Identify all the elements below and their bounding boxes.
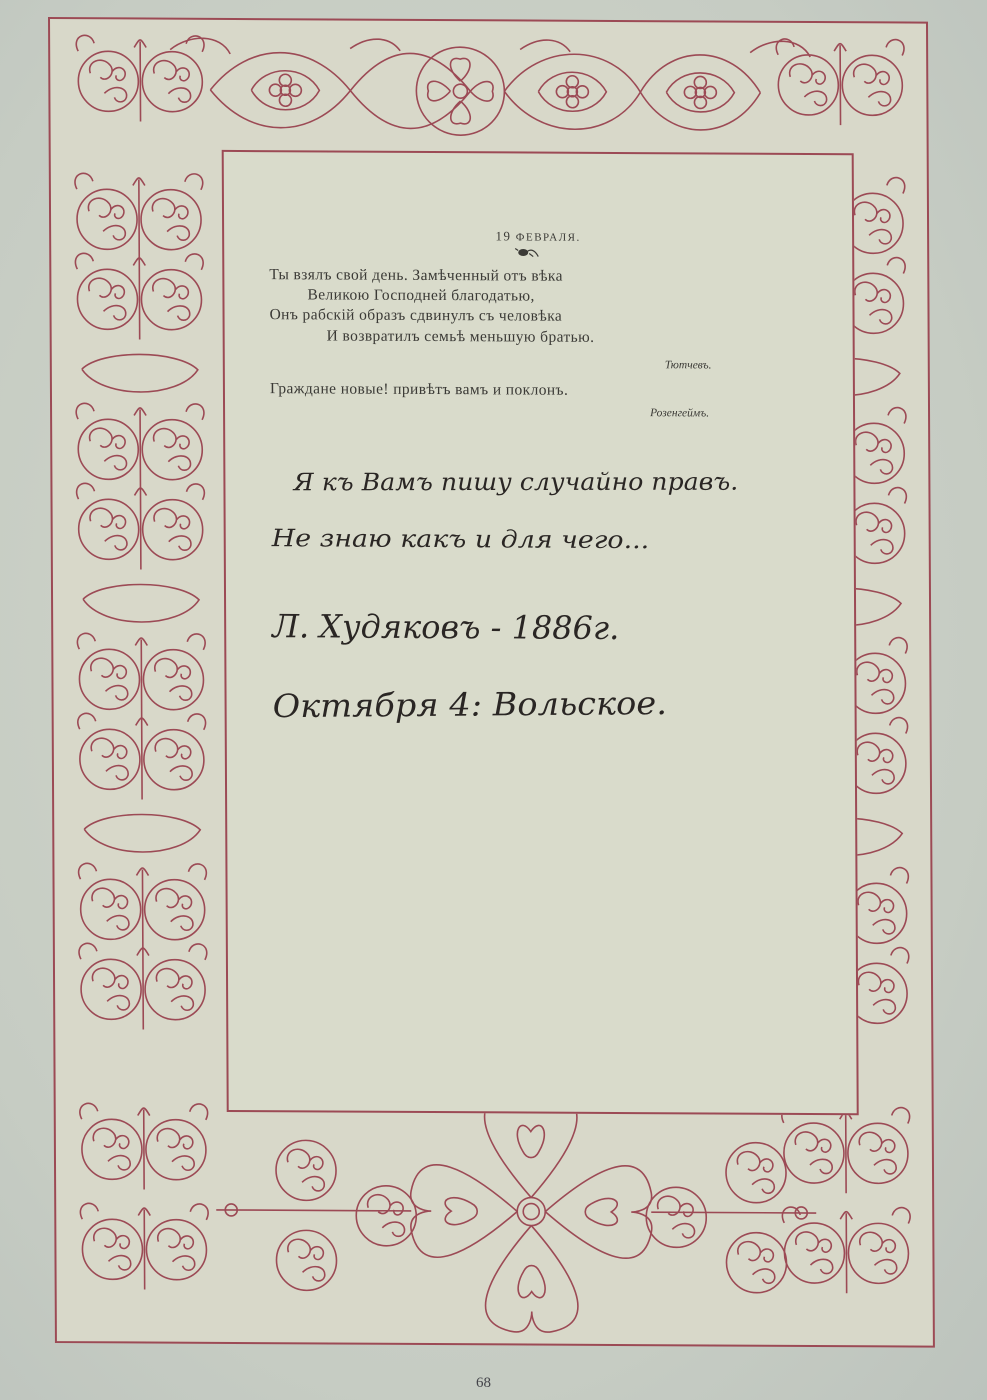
date-month: ФЕВРАЛЯ. xyxy=(516,231,581,243)
poem-date-heading: 19 ФЕВРАЛЯ. xyxy=(224,227,852,246)
handwritten-signature: Л. Худяковъ - 1886г. xyxy=(272,607,619,647)
page-number: 68 xyxy=(476,1375,491,1392)
attribution-rozengeim: Розенгеймъ. xyxy=(650,407,709,419)
verse-line: И возвратилъ семьѣ меньшую братью. xyxy=(327,326,595,347)
printed-poem-block: 19 ФЕВРАЛЯ. Ты взялъ свой день. Замѣченн… xyxy=(224,152,852,155)
handwritten-line-2: Не знаю какъ и для чего... xyxy=(272,524,650,554)
text-panel: 19 ФЕВРАЛЯ. Ты взялъ свой день. Замѣченн… xyxy=(222,150,859,1115)
leaf-fleuron-icon xyxy=(514,246,540,258)
verse-line: Граждане новые! привѣтъ вамъ и поклонъ. xyxy=(270,379,568,401)
attribution-tyutchev: Тютчевъ. xyxy=(665,359,712,371)
poem-stanza-1: Ты взялъ свой день. Замѣченный отъ вѣка … xyxy=(224,265,852,268)
verse-line: Великою Господней благодатью, xyxy=(307,285,534,306)
verse-line: Онъ рабскій образъ сдвинулъ съ человѣка xyxy=(269,305,562,327)
poem-stanza-2: Граждане новые! привѣтъ вамъ и поклонъ. xyxy=(225,379,853,382)
handwritten-date-place: Октября 4: Вольское. xyxy=(272,684,667,725)
date-number: 19 xyxy=(495,228,511,243)
ornamental-border-frame: 19 ФЕВРАЛЯ. Ты взялъ свой день. Замѣченн… xyxy=(48,17,935,1348)
handwritten-line-1: Я къ Вамъ пишу случайно правъ. xyxy=(293,468,738,497)
verse-line: Ты взялъ свой день. Замѣченный отъ вѣка xyxy=(269,265,563,287)
